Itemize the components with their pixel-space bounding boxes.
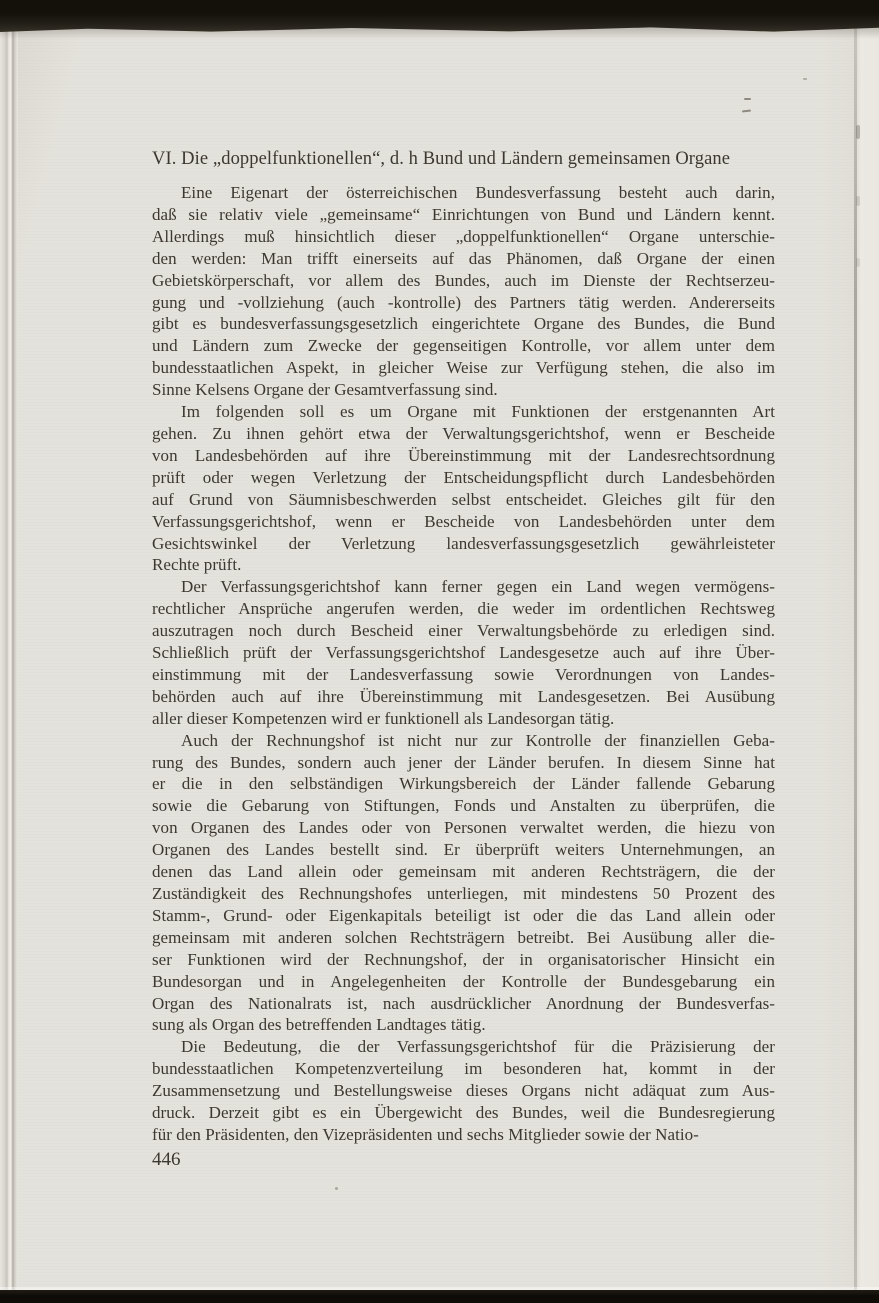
text-line: Allerdings muß hinsichtlich dieser „dopp…	[152, 226, 775, 248]
text-line: den werden: Man trifft einerseits auf da…	[152, 248, 775, 270]
paragraph: Im folgenden soll es um Organe mit Funkt…	[152, 401, 775, 576]
text-line: Zuständigkeit des Rechnungshofes unterli…	[152, 883, 775, 905]
text-line: Rechte prüft.	[152, 554, 775, 576]
text-line: einstimmung mit der Landesverfassung sow…	[152, 664, 775, 686]
adjacent-page-edge	[856, 0, 879, 1303]
book-gutter-fold	[854, 28, 857, 1291]
text-line: sowie die Gebarung von Stiftungen, Fonds…	[152, 795, 775, 817]
scan-speck	[744, 98, 751, 100]
paragraph: Der Verfassungsgerichtshof kann ferner g…	[152, 576, 775, 729]
scan-speck	[742, 110, 751, 113]
text-line: aller dieser Kompetenzen wird er funktio…	[152, 708, 775, 730]
text-line: behörden auch auf ihre Übereinstimmung m…	[152, 686, 775, 708]
text-line: Gesichtswinkel der Verletzung landesverf…	[152, 533, 775, 555]
text-line: und Ländern zum Zwecke der gegenseitigen…	[152, 335, 775, 357]
text-line: auf Grund von Säumnisbeschwerden selbst …	[152, 489, 775, 511]
text-block: VI. Die „doppelfunktionellen“, d. h Bund…	[152, 147, 775, 1146]
text-line: Schließlich prüft der Verfassungsgericht…	[152, 642, 775, 664]
section-heading: VI. Die „doppelfunktionellen“, d. h Bund…	[152, 147, 775, 171]
text-line: rung des Bundes, sondern auch jener der …	[152, 752, 775, 774]
scan-border-bottom	[0, 1290, 879, 1303]
scanned-book-page: VI. Die „doppelfunktionellen“, d. h Bund…	[0, 0, 879, 1303]
text-line: Stamm-, Grund- oder Eigenkapitals beteil…	[152, 905, 775, 927]
text-line: Verfassungsgerichtshof, wenn er Bescheid…	[152, 511, 775, 533]
text-line: prüft oder wegen Verletzung der Entschei…	[152, 467, 775, 489]
text-line: rechtlicher Ansprüche angerufen werden, …	[152, 598, 775, 620]
scan-smudge	[856, 196, 860, 206]
text-line: Eine Eigenart der österreichischen Bunde…	[152, 182, 775, 204]
text-line: gehen. Zu ihnen gehört etwa der Verwaltu…	[152, 423, 775, 445]
text-line: daß sie relativ viele „gemeinsame“ Einri…	[152, 204, 775, 226]
paragraph: Die Bedeutung, die der Verfassungsgerich…	[152, 1036, 775, 1146]
text-line: sung als Organ des betreffenden Landtage…	[152, 1014, 775, 1036]
text-line: Gebietskörperschaft, vor allem des Bunde…	[152, 270, 775, 292]
paragraph: Eine Eigenart der österreichischen Bunde…	[152, 182, 775, 401]
text-line: denen das Land allein oder gemeinsam mit…	[152, 861, 775, 883]
page-number: 446	[152, 1149, 181, 1171]
text-line: gemeinsam mit anderen solchen Rechtsträg…	[152, 927, 775, 949]
text-line: Die Bedeutung, die der Verfassungsgerich…	[152, 1036, 775, 1058]
text-line: auszutragen noch durch Bescheid einer Ve…	[152, 620, 775, 642]
text-line: bundesstaatlichen Kompetenzverteilung im…	[152, 1058, 775, 1080]
text-line: bundesstaatlichen Aspekt, in gleicher We…	[152, 357, 775, 379]
text-line: Sinne Kelsens Organe der Gesamtverfassun…	[152, 379, 775, 401]
scan-smudge	[856, 125, 860, 139]
text-line: Zusammensetzung und Bestellungsweise die…	[152, 1080, 775, 1102]
scan-speck	[335, 1187, 338, 1190]
text-line: druck. Derzeit gibt es ein Übergewicht d…	[152, 1102, 775, 1124]
text-line: ser Funktionen wird der Rechnungshof, de…	[152, 949, 775, 971]
paragraph: Auch der Rechnungshof ist nicht nur zur …	[152, 730, 775, 1037]
text-line: von Organen des Landes oder von Personen…	[152, 817, 775, 839]
text-line: gibt es bundesverfassungsgesetzlich eing…	[152, 313, 775, 335]
scan-border-top	[0, 0, 879, 33]
text-line: für den Präsidenten, den Vizepräsidenten…	[152, 1124, 775, 1146]
scan-speck	[803, 78, 807, 80]
text-line: von Landesbehörden auf ihre Übereinstimm…	[152, 445, 775, 467]
text-line: Der Verfassungsgerichtshof kann ferner g…	[152, 576, 775, 598]
text-line: gung und -vollziehung (auch -kontrolle) …	[152, 292, 775, 314]
scan-smudge	[856, 258, 860, 267]
text-line: Im folgenden soll es um Organe mit Funkt…	[152, 401, 775, 423]
page-edge-left	[0, 28, 18, 1291]
text-line: Organen des Landes bestellt sind. Er übe…	[152, 839, 775, 861]
paragraphs: Eine Eigenart der österreichischen Bunde…	[152, 182, 775, 1146]
text-line: Bundesorgan und in Angelegenheiten der K…	[152, 971, 775, 993]
text-line: Auch der Rechnungshof ist nicht nur zur …	[152, 730, 775, 752]
text-line: er die in den selbständigen Wirkungsbere…	[152, 773, 775, 795]
text-line: Organ des Nationalrats ist, nach ausdrüc…	[152, 993, 775, 1015]
